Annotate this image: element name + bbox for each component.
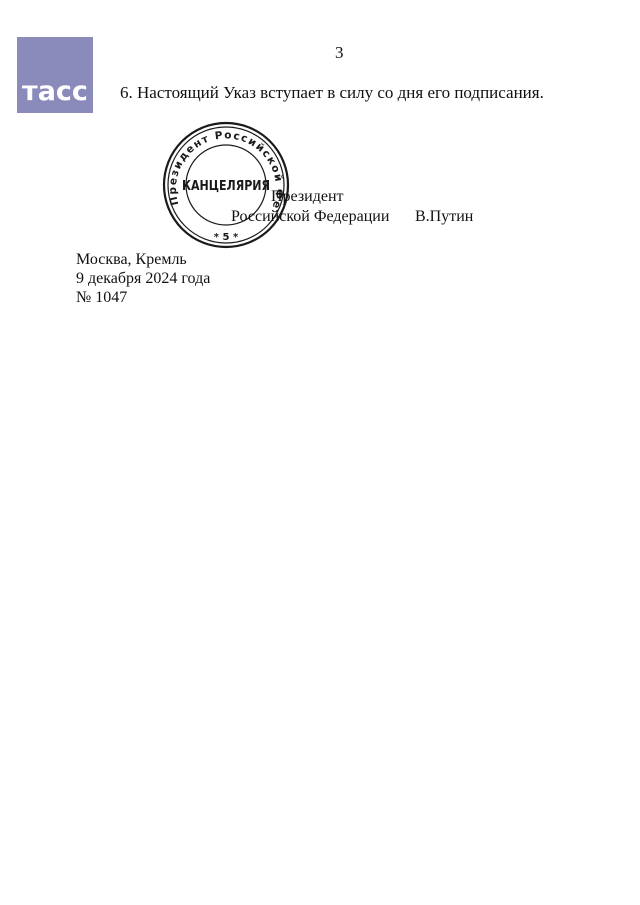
decree-number: № 1047	[76, 288, 210, 307]
page-number: 3	[335, 43, 344, 63]
signatory-name: В.Путин	[415, 207, 473, 226]
signing-details: Москва, Кремль 9 декабря 2024 года № 104…	[76, 250, 210, 307]
signatory-title-line2: Российской Федерации	[231, 207, 389, 226]
decree-clause: 6. Настоящий Указ вступает в силу со дня…	[120, 83, 544, 103]
signatory-title-line1: Президент	[271, 187, 344, 206]
svg-text:* 5 *: * 5 *	[214, 232, 239, 243]
tass-logo: тасс	[17, 37, 93, 113]
tass-logo-text: тасс	[17, 77, 93, 107]
signing-place: Москва, Кремль	[76, 250, 210, 269]
official-stamp-icon: Президент Российской Федерации КАНЦЕЛЯРИ…	[158, 120, 294, 250]
svg-text:КАНЦЕЛЯРИЯ: КАНЦЕЛЯРИЯ	[182, 178, 270, 193]
stamp-arc-text: Президент Российской Федерации	[158, 120, 285, 211]
signing-date: 9 декабря 2024 года	[76, 269, 210, 288]
svg-text:Президент Российской Федерации: Президент Российской Федерации	[158, 120, 285, 211]
